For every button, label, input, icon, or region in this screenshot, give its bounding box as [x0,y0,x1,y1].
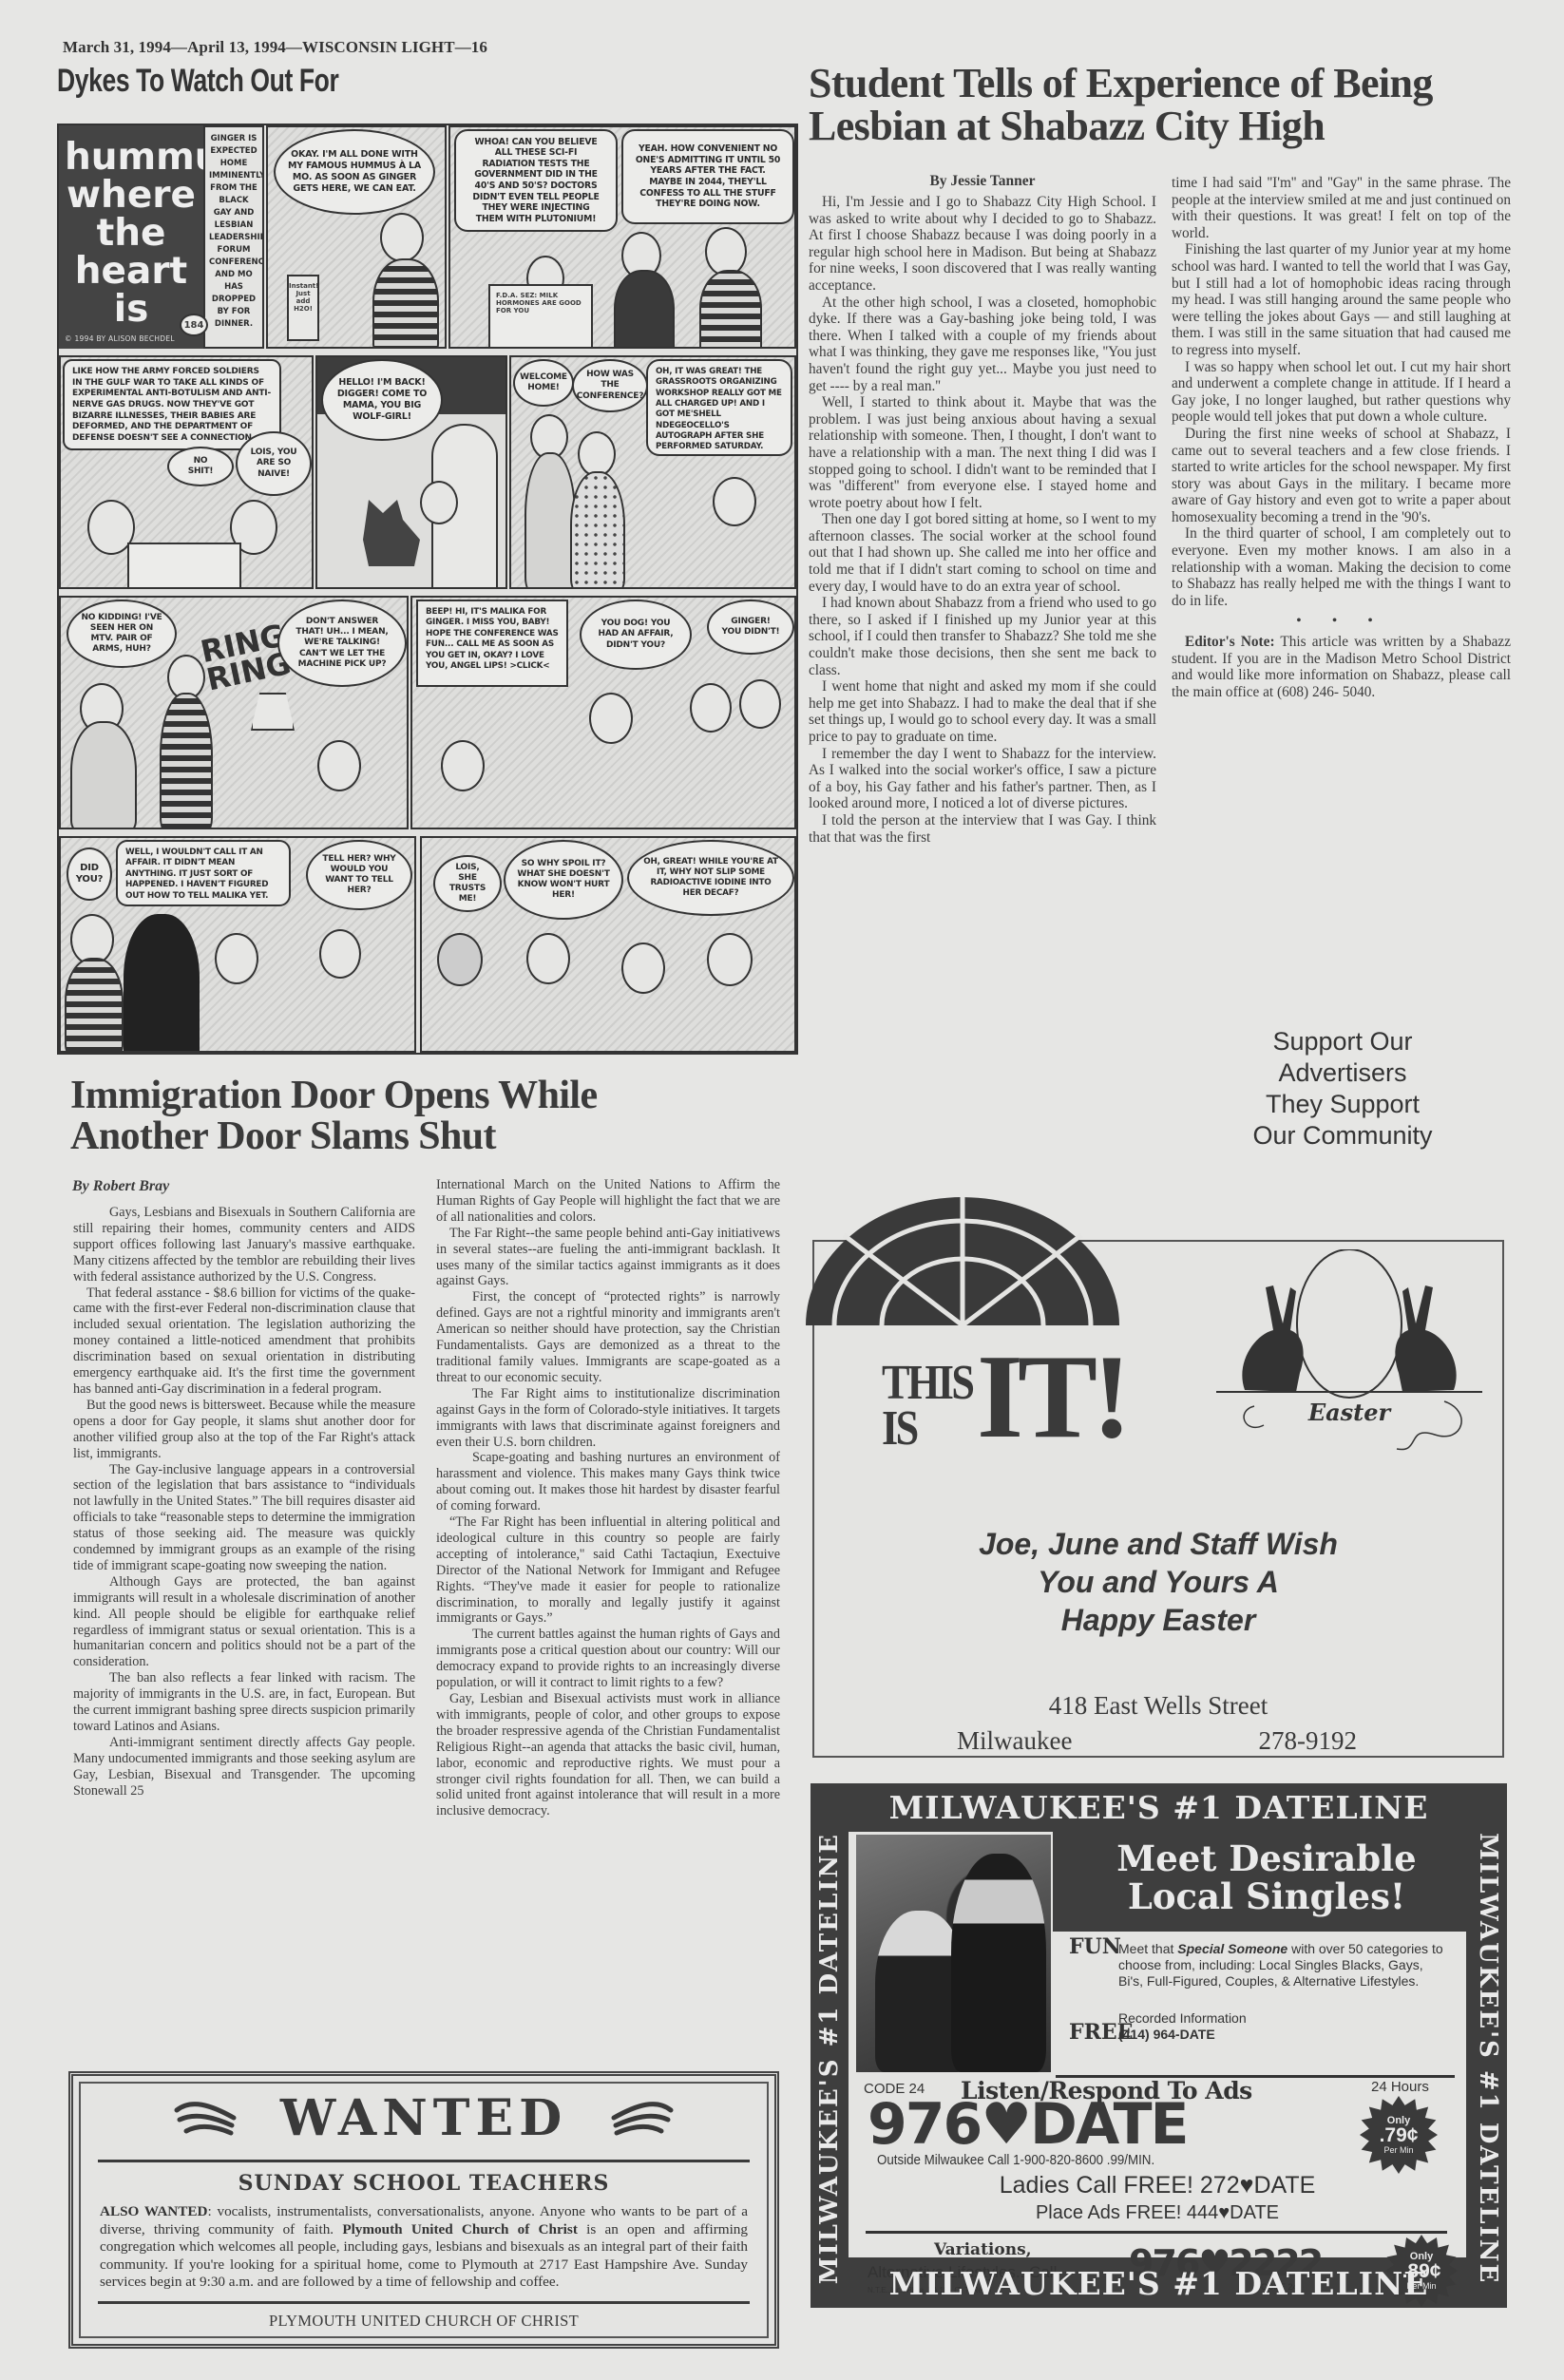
logo-big-text: IT! [977,1342,1126,1454]
main-phone-number: 976♥DATE [868,2096,1188,2153]
speech-bubble: So why spoil it? What she doesn't know w… [504,840,623,920]
speech-bubble: Beep! Hi, it's Malika for Ginger. I miss… [416,600,568,687]
greeting-line: Joe, June and Staff Wish [812,1525,1504,1563]
dateline-top-banner: MILWAUKEE'S #1 DATELINE [811,1789,1507,1826]
dateline-left-side: MILWAUKEE'S #1 DATELINE [812,1869,847,2249]
outside-milwaukee-text: Outside Milwaukee Call 1-900-820-8600 .9… [877,2153,1154,2168]
paragraph: Well, I started to think about it. Maybe… [809,394,1156,511]
strip-title-line: is [65,291,198,329]
paragraph: Gay, Lesbian and Bisexual activists must… [436,1691,780,1819]
paragraph: “The Far Right has been influential in a… [436,1514,780,1627]
easter-bunnies-egg-icon: Easter [1216,1249,1482,1454]
editors-note-label: Editor's Note: [1185,634,1275,650]
student-article-headline: Student Tells of Experience of Being Les… [809,63,1531,148]
couple-photo [856,1835,1051,2072]
comic-panel-7: No kidding! I've seen her on MTV. Pair o… [59,596,409,829]
comic-panel-6: Welcome home! How was the conference? Oh… [509,355,796,589]
comic-panel-3: Whoa! Can you believe all these sci-fi r… [448,125,796,349]
paragraph: That federal asstance - $8.6 billion for… [73,1285,415,1398]
speech-bubble: No shit! [167,447,234,486]
section-separator: • • • [1172,613,1511,630]
fun-section: FUN Meet that Special Someone with over … [1069,1941,1449,2043]
price-burst-79: Only .79¢ Per Min [1360,2096,1438,2174]
speech-bubble: Well, I wouldn't call it an affair. It d… [116,840,291,906]
paragraph: Gays, Lesbians and Bisexuals in Southern… [73,1205,415,1285]
paragraph: First, the concept of “protected rights”… [436,1289,780,1385]
strip-title-line: heart [65,253,198,291]
comic-caption: Ginger is expected home imminently from … [209,133,258,341]
dateline-ad: MILWAUKEE'S #1 DATELINE MILWAUKEE'S #1 D… [811,1783,1507,2308]
logo-word: THIS [882,1361,972,1406]
paragraph: Scape-goating and bashing nurtures an en… [436,1450,780,1514]
speech-bubble: Welcome home! [513,359,574,407]
paragraph: I told the person at the interview that … [809,812,1156,846]
student-article-column-2: time I had said ''I'm'' and ''Gay'' in t… [1172,175,1511,700]
notice-line: Our Community [1167,1120,1518,1152]
arched-window-logo-icon [806,1197,1119,1325]
paragraph: During the first nine weeks of school at… [1172,426,1511,526]
student-article-column-1: Hi, I'm Jessie and I go to Shabazz City … [809,194,1156,846]
box-label: Instant! Just add H2O! [287,275,319,341]
strip-title-line: hummus [65,139,198,177]
comic-panel-5: HELLO! I'm back! Digger! Come to mama, y… [315,355,507,589]
speech-bubble: How was the conference? [572,359,648,412]
free-phone: (414) 964-DATE [1118,2027,1449,2043]
speech-bubble: Lois, she trusts me! [433,855,502,912]
easter-script-text: Easter [1307,1399,1393,1426]
dateline-headline: Meet Desirable Local Singles! [1062,1839,1471,1915]
greeting-line: You and Yours A [812,1563,1504,1601]
headline-line: Local Singles! [1062,1877,1471,1915]
hours-label: 24 Hours [1371,2079,1429,2095]
comic-panel-4: Like how the army forced soldiers in the… [59,355,314,589]
paragraph: In the third quarter of school, I am com… [1172,525,1511,609]
comic-strip: hummus where the heart is © 1994 BY ALIS… [57,124,798,1055]
comic-title-panel: hummus where the heart is © 1994 BY ALIS… [59,125,203,349]
comic-panel-8: Beep! Hi, it's Malika for Ginger. I miss… [410,596,796,829]
phone-number: 278-9192 [1259,1726,1358,1756]
logo-small-text: THIS IS [882,1361,972,1452]
speech-bubble: Oh, it was great! The grassroots organiz… [646,359,792,456]
paragraph: The Far Right aims to institutionalize d… [436,1386,780,1451]
paragraph: I went home that night and asked my mom … [809,678,1156,745]
paragraph: I remember the day I went to Shabazz for… [809,746,1156,812]
easter-greeting: Joe, June and Staff Wish You and Yours A… [812,1525,1504,1639]
free-label: FREE [1069,2025,1133,2041]
speech-bubble: DID you? [67,847,112,901]
paragraph: I was so happy when school let out. I cu… [1172,359,1511,426]
greeting-line: Happy Easter [812,1601,1504,1639]
wanted-subtitle: SUNDAY SCHOOL TEACHERS [81,2171,767,2196]
paragraph: International March on the United Nation… [436,1177,780,1226]
ladies-call-free: Ladies Call FREE! 272♥DATE [849,2172,1466,2199]
wanted-footer: PLYMOUTH UNITED CHURCH OF CHRIST [81,2312,767,2331]
immigration-article-byline: By Robert Bray [72,1178,169,1195]
fun-label: FUN [1069,1939,1121,1955]
speech-bubble: TELL her? Why would you want to TELL her… [306,840,412,910]
wanted-body: ALSO WANTED: vocalists, instrumentalists… [100,2203,748,2292]
free-text: Recorded Information (414) 964-DATE [1118,2010,1449,2043]
editors-note: Editor's Note: This article was written … [1172,634,1511,700]
paragraph: Then one day I got bored sitting at home… [809,511,1156,595]
paragraph: Although Gays are protected, the ban aga… [73,1574,415,1670]
paragraph: Finishing the last quarter of my Junior … [1172,241,1511,358]
paragraph: Hi, I'm Jessie and I go to Shabazz City … [809,194,1156,295]
paragraph: The ban also reflects a fear linked with… [73,1670,415,1735]
right-flourish-icon [609,2099,676,2139]
street-address: 418 East Wells Street [812,1691,1504,1721]
also-wanted-label: ALSO WANTED [100,2203,208,2219]
immigration-article-column-2: International March on the United Nation… [436,1177,780,1819]
episode-number-badge: 184 [180,314,208,336]
comic-section-title: Dykes To Watch Out For [57,63,338,100]
newspaper-prop: F.D.A. sez: milk hormones are good for y… [488,284,593,349]
speech-bubble: Oh, great! While you're at it, why not s… [627,840,794,916]
paragraph: The current battles against the human ri… [436,1627,780,1691]
speech-bubble: Ginger! You DIDN'T! [707,600,794,655]
ring-sound-effect: RING RING [199,622,285,695]
speech-bubble: You dog! You had an affair, didn't you? [580,600,692,670]
comic-panel-1: Ginger is expected home imminently from … [203,125,264,349]
dateline-right-side: MILWAUKEE'S #1 DATELINE [1471,1869,1505,2249]
place-ads-free: Place Ads FREE! 444♥DATE [849,2202,1466,2224]
notice-line: Advertisers [1167,1057,1518,1089]
immigration-article-headline: Immigration Door Opens While Another Doo… [70,1076,678,1157]
church-name: Plymouth United Church of Christ [342,2221,578,2237]
headline-line: Meet Desirable [1062,1839,1471,1877]
paragraph: But the good news is bittersweet. Becaus… [73,1398,415,1462]
dateline-inner: Meet Desirable Local Singles! FUN Meet t… [849,1832,1466,2257]
paragraph: time I had said ''I'm'' and ''Gay'' in t… [1172,175,1511,241]
speech-bubble: No kidding! I've seen her on MTV. Pair o… [67,600,177,668]
notice-line: Support Our [1167,1026,1518,1057]
immigration-article-column-1: Gays, Lesbians and Bisexuals in Southern… [73,1205,415,1799]
paragraph: The Far Right--the same people behind an… [436,1226,780,1290]
speech-bubble: Don't answer that! Uh... I mean, we're t… [277,600,407,687]
dateline-bottom-banner: MILWAUKEE'S #1 DATELINE [811,2265,1507,2302]
paragraph: I had known about Shabazz from a friend … [809,595,1156,678]
comic-panel-10: Lois, she trusts me! So why spoil it? Wh… [420,836,796,1053]
wanted-ad: WANTED SUNDAY SCHOOL TEACHERS ALSO WANTE… [68,2071,779,2349]
speech-bubble: Yeah. How convenient no one's admitting … [621,129,794,224]
speech-bubble: Okay. I'm all done with my famous hummus… [274,129,435,215]
paragraph: At the other high school, I was a closet… [809,295,1156,395]
side-label: MILWAUKEE'S #1 DATELINE [1474,1833,1502,2284]
side-label: MILWAUKEE'S #1 DATELINE [815,1833,844,2284]
student-article-byline: By Jessie Tanner [808,173,1157,190]
paragraph: Anti-immigrant sentiment directly affect… [73,1735,415,1799]
comic-copyright: © 1994 BY ALISON BECHDEL [65,334,198,343]
speech-bubble: Whoa! Can you believe all these sci-fi r… [454,129,618,232]
comic-panel-2: Okay. I'm all done with my famous hummus… [266,125,447,349]
paragraph: The Gay-inclusive language appears in a … [73,1462,415,1574]
speech-bubble: Like how the army forced soldiers in the… [63,359,281,450]
page-dateline: March 31, 1994—April 13, 1994—WISCONSIN … [63,38,487,57]
speech-bubble: HELLO! I'm back! Digger! Come to mama, y… [321,359,443,441]
support-advertisers-notice: Support Our Advertisers They Support Our… [1167,1026,1518,1152]
strip-title-line: where [65,177,198,215]
fun-text: Meet that Special Someone with over 50 c… [1118,1941,1449,1990]
city: Milwaukee [957,1726,1072,1756]
easter-ad-address: 418 East Wells Street Milwaukee 278-9192 [812,1691,1504,1756]
logo-word: IS [882,1406,972,1452]
strip-title-line: the [65,215,198,253]
variations-label: Variations, [934,2240,1032,2259]
notice-line: They Support [1167,1089,1518,1120]
speech-bubble: Lois, you are so naive! [236,431,312,496]
comic-panel-9: DID you? Well, I wouldn't call it an aff… [59,836,416,1053]
